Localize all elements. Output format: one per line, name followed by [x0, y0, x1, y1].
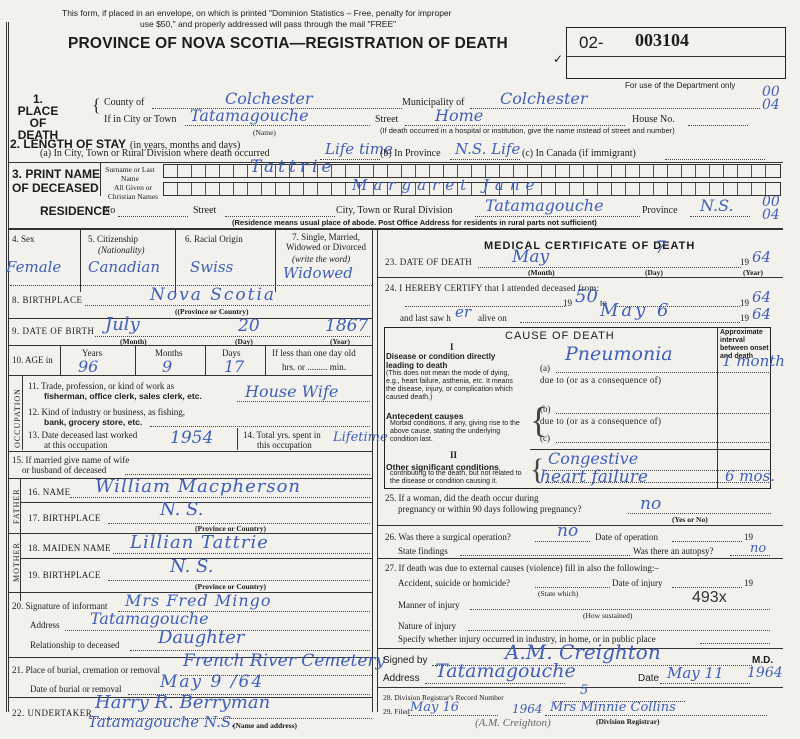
divider: [8, 162, 783, 163]
place-of-death-label-text: 1. PLACE OF DEATH: [12, 93, 64, 141]
last-saw-value: May 6: [600, 300, 672, 321]
q23-month: May: [512, 247, 549, 267]
city-town-value: Tatamagouche: [190, 106, 309, 125]
registration-number-box: 02- 003104: [566, 27, 786, 79]
alive-on-label: alive on: [478, 313, 507, 323]
specify-line: [700, 643, 770, 644]
birthplace-value: Nova Scotia: [150, 285, 276, 305]
residence-no-line: [118, 216, 188, 217]
relationship-label: Relationship to deceased: [30, 640, 119, 650]
accident-line: [535, 587, 610, 588]
q14-label-line2: this occupation: [257, 440, 312, 450]
signer-address-label: Address: [383, 673, 420, 684]
place-of-death-label: 1. PLACE OF DEATH: [12, 93, 64, 141]
cause-a-interval: 1 month: [722, 352, 785, 370]
q13-value: 1954: [170, 428, 213, 448]
divider: [60, 345, 61, 375]
citizenship-label: 5. Citizenship: [88, 234, 138, 244]
last-saw-year: 64: [752, 305, 771, 323]
due-to-b: due to (or as a consequence of): [540, 416, 661, 426]
registration-number: 003104: [635, 30, 689, 51]
registrar-caption: (Division Registrar): [596, 717, 660, 726]
residence-city-line: [475, 216, 640, 217]
registrar-line: [545, 715, 767, 716]
q11-value: House Wife: [245, 382, 338, 401]
cause-c-line: [556, 442, 771, 443]
q24-from-line: [405, 306, 565, 307]
manner-line: [470, 609, 770, 610]
dob-day: 20: [238, 316, 260, 336]
racial-origin-value: Swiss: [190, 258, 233, 276]
age-less-than-day-label: If less than one day old: [272, 348, 356, 358]
q23-line: [478, 267, 741, 268]
q19-caption: (Province or Country): [195, 582, 266, 591]
dob-month: July: [105, 314, 140, 335]
divider: [237, 428, 238, 450]
q24-from-value: 50: [575, 286, 598, 307]
injury-year-prefix: 19: [744, 578, 753, 588]
mail-notice-line2: use $50," and properly addressed will pa…: [140, 19, 396, 29]
relationship-value: Daughter: [158, 627, 244, 648]
print-name-label: 3. PRINT NAME OF DECEASED: [12, 167, 102, 195]
citizenship-value: Canadian: [88, 258, 160, 276]
q19-label: 19. BIRTHPLACE: [28, 570, 101, 580]
city-town-label: If in City or Town: [104, 114, 176, 125]
divider: [265, 345, 266, 375]
divider: [377, 525, 783, 526]
q18-value: Lillian Tattrie: [130, 532, 269, 553]
findings-line: [460, 555, 630, 556]
stay-province-line: [450, 159, 520, 160]
signed-date-value: May 11: [667, 664, 724, 682]
stay-province-label: (b) In Province: [380, 148, 441, 159]
last-saw-pronoun: er: [455, 303, 471, 321]
q22-caption: (Name and address): [233, 721, 297, 730]
q25-label-line1: 25. If a woman, did the death occur duri…: [385, 493, 538, 503]
other-value-1: Congestive: [548, 449, 638, 468]
antecedent-note: Morbid conditions, if any, giving rise t…: [390, 420, 520, 444]
q16-label: 16. NAME: [28, 487, 70, 497]
stay-canada-line: [665, 159, 765, 160]
divider: [8, 345, 372, 346]
signed-date-year: 1964: [747, 665, 783, 681]
city-line: [185, 125, 370, 126]
q15-label-line1: 15. If married give name of wife: [12, 455, 129, 465]
divider: [205, 345, 206, 375]
name-caption: (Name): [253, 128, 276, 137]
q24-from-prefix: 19: [563, 298, 572, 308]
age-months-value: 9: [162, 357, 172, 376]
autopsy-value: no: [750, 541, 766, 556]
q21-value: French River Cemetery: [183, 651, 385, 671]
q12-line: [150, 426, 370, 427]
divider: [275, 230, 276, 292]
q14-value: Lifetime: [333, 430, 388, 445]
state-which-caption: (State which): [538, 589, 578, 598]
dob-year: 1867: [325, 316, 368, 336]
autopsy-label: Was there an autopsy?: [633, 546, 714, 556]
pencil-note: (A.M. Creighton): [475, 717, 551, 729]
q25-value: no: [640, 494, 661, 514]
residence-street-line: [225, 216, 335, 217]
residence-no-label: No: [103, 205, 115, 216]
column-divider-inner: [377, 230, 378, 712]
death-registration-form: This form, if placed in an envelope, on …: [0, 0, 800, 739]
q29-value: May 16: [410, 700, 459, 715]
age-label: 10. AGE in: [12, 355, 53, 365]
birthplace-label: 8. BIRTHPLACE: [12, 295, 82, 305]
nature-line: [468, 630, 770, 631]
signer-address-value: Tatamagouche: [435, 660, 576, 682]
divider: [80, 230, 81, 292]
divider: [8, 451, 372, 452]
last-saw-year-prefix: 19: [740, 313, 749, 323]
divider: [20, 533, 21, 601]
part-two-label: II: [450, 450, 457, 460]
q25-label-line2: pregnancy or within 90 days following pr…: [398, 504, 581, 514]
age-days-value: 17: [224, 357, 244, 376]
birthplace-line: [85, 305, 370, 306]
department-only-note: For use of the Department only: [625, 81, 735, 90]
q19-value: N. S.: [170, 556, 213, 577]
q16-line: [70, 497, 370, 498]
operation-date-line: [672, 541, 742, 542]
injury-date-label: Date of injury: [612, 578, 662, 588]
q23-label: 23. DATE OF DEATH: [385, 257, 472, 267]
street-value: Home: [435, 106, 483, 125]
municipality-line: [470, 108, 760, 109]
q15-line: [125, 474, 370, 475]
interval-column-divider: [717, 328, 718, 488]
how-sustained-caption: (How sustained): [583, 611, 632, 620]
other-interval: 6 mos.: [725, 467, 775, 485]
q29-label: 29. Filed: [383, 707, 410, 716]
q29-year: 1964: [512, 702, 543, 716]
informant-address-label: Address: [30, 620, 60, 630]
cause-b-line: [556, 413, 771, 414]
q17-value: N. S.: [160, 499, 203, 520]
q11-label-line2: fisherman, office clerk, sales clerk, et…: [44, 391, 202, 401]
cause-c-label: (c): [540, 433, 550, 443]
house-no-line: [688, 125, 748, 126]
racial-origin-label: 6. Racial Origin: [185, 234, 243, 244]
mail-notice-line1: This form, if placed in an envelope, on …: [62, 8, 451, 18]
q13-label-line2: at this occupation: [44, 440, 107, 450]
nature-label: Nature of injury: [398, 621, 456, 631]
q28-value: 5: [580, 683, 588, 698]
q22-address: Tatamagouche N.S.: [88, 713, 235, 731]
form-left-border: [6, 22, 7, 712]
signed-date-line: [660, 683, 750, 684]
residence-city-label: City, Town or Rural Division: [336, 205, 453, 216]
given-names-value: Margaret Jane: [352, 176, 540, 194]
marital-status-value: Widowed: [283, 264, 353, 282]
q12-label-line1: 12. Kind of industry or business, as fis…: [28, 407, 185, 417]
informant-address-value: Tatamagouche: [90, 609, 209, 628]
surname-value: Tattrie: [250, 157, 335, 177]
cause-a-label: (a): [540, 363, 550, 373]
date-of-birth-label: 9. DATE OF BIRTH: [12, 326, 94, 336]
q18-label: 18. MAIDEN NAME: [28, 543, 111, 553]
form-left-border-inner: [8, 22, 9, 712]
signed-date-label: Date: [638, 673, 659, 684]
due-to-a: due to (or as a consequence of): [540, 375, 661, 385]
q23-month-caption: (Month): [528, 268, 555, 277]
burial-date-value: May 9 /64: [160, 672, 264, 692]
check-mark-icon: ✓: [553, 52, 563, 67]
column-divider: [372, 230, 373, 712]
q21-label: 21. Place of burial, cremation or remova…: [12, 665, 160, 675]
operation-date-label: Date of operation: [595, 532, 658, 542]
hospital-note: (If death occurred in a hospital or inst…: [380, 126, 675, 135]
divider: [377, 277, 783, 278]
registrar-value: Mrs Minnie Collins: [550, 700, 676, 715]
marital-status-sub: (write the word): [292, 254, 350, 264]
divider: [8, 318, 372, 319]
sex-value: Female: [6, 258, 61, 276]
county-label: County of: [104, 97, 144, 108]
q12-label-line2: bank, grocery store, etc.: [44, 417, 142, 427]
q16-value: William Macpherson: [95, 476, 301, 497]
residence-label: RESIDENCE: [40, 205, 110, 217]
stay-province-value: N.S. Life: [455, 140, 520, 158]
q26-value: no: [557, 521, 578, 541]
q15-label-line2: or husband of deceased: [22, 465, 106, 475]
stamp-code: 493x: [692, 589, 727, 607]
q11-line: [237, 401, 370, 402]
q23-year-caption: (Year): [743, 268, 763, 277]
cause-of-death-title: CAUSE OF DEATH: [505, 330, 615, 342]
q13-label-line1: 13. Date deceased last worked: [28, 430, 137, 440]
q17-label: 17. BIRTHPLACE: [28, 513, 101, 523]
signer-address-line: [425, 683, 565, 684]
occupation-side-label: OCCUPATION: [13, 388, 22, 448]
q19-line: [108, 580, 370, 581]
injury-date-line: [672, 587, 742, 588]
q23-year-prefix: 19: [740, 257, 749, 267]
residence-city-value: Tatamagouche: [485, 196, 604, 215]
manner-label: Manner of injury: [398, 600, 459, 610]
divider: [175, 230, 176, 292]
cause-b-label: (b): [540, 404, 551, 414]
disease-label: Disease or condition directly leading to…: [386, 352, 516, 370]
stay-canada-label: (c) In Canada (if immigrant): [522, 148, 636, 159]
residence-province-value: N.S.: [700, 196, 734, 215]
sex-label: 4. Sex: [12, 234, 35, 244]
residence-street-label: Street: [193, 205, 216, 216]
q22-label: 22. UNDERTAKER: [12, 708, 92, 718]
residence-province-line: [690, 216, 750, 217]
divider: [22, 375, 23, 450]
q26-label: 26. Was there a surgical operation?: [385, 532, 511, 542]
age-hrs-min-label: hrs. or ......... min.: [282, 362, 346, 372]
surname-label: Surname or Last Name: [104, 165, 156, 183]
q24-to-year: 64: [752, 288, 771, 306]
department-code-1: 00 04: [762, 86, 780, 112]
q22-value: Harry R. Berryman: [95, 692, 270, 713]
part-one-label: I: [450, 342, 454, 352]
q11-label-line1: 11. Trade, profession, or kind of work a…: [28, 381, 174, 391]
registration-prefix: 02-: [579, 33, 604, 53]
citizenship-sub: (Nationality): [98, 245, 145, 255]
q24-label: 24. I HEREBY CERTIFY that I attended dec…: [385, 283, 599, 293]
disease-note: (This does not mean the mode of dying, e…: [386, 370, 516, 402]
accident-label: Accident, suicide or homicide?: [398, 578, 510, 588]
residence-province-label: Province: [642, 205, 678, 216]
given-names-label: All Given or Christian Names: [104, 183, 162, 201]
divider: [377, 558, 783, 559]
divider: [8, 375, 372, 376]
q23-year: 64: [752, 248, 771, 266]
last-saw-line: [520, 322, 740, 323]
other-conditions-note: contributing to the death, but not relat…: [390, 470, 525, 486]
findings-label: State findings: [398, 546, 448, 556]
form-title: PROVINCE OF NOVA SCOTIA—REGISTRATION OF …: [68, 35, 508, 53]
other-value-2: heart failure: [540, 467, 648, 487]
brace-icon: {: [92, 96, 101, 114]
q27-label: 27. If death was due to external causes …: [385, 563, 659, 573]
divider: [100, 162, 101, 196]
cause-a-line: [556, 372, 771, 373]
q20-value: Mrs Fred Mingo: [125, 591, 272, 610]
divider: [135, 345, 136, 375]
q14-label-line1: 14. Total yrs. spent in: [243, 430, 321, 440]
last-saw-label: and last saw h: [400, 313, 451, 323]
q23-day: 7: [655, 238, 666, 258]
stay-city-label: (a) In City, Town or Rural Division wher…: [40, 148, 270, 159]
age-years-value: 96: [78, 357, 98, 376]
yes-no-caption: (Yes or No): [672, 515, 708, 524]
marital-status-label: 7. Single, Married, Widowed or Divorced: [280, 232, 372, 252]
street-label: Street: [375, 114, 398, 125]
residence-note: (Residence means usual place of abode. P…: [232, 218, 597, 227]
divider: [8, 228, 783, 230]
house-no-label: House No.: [632, 114, 675, 125]
q26-line: [535, 541, 590, 542]
q24-to-prefix: 19: [740, 298, 749, 308]
q29-line: [408, 715, 498, 716]
q18-line: [113, 553, 370, 554]
signed-by-label: Signed by: [383, 655, 427, 666]
cause-a-value: Pneumonia: [565, 343, 673, 365]
municipality-value: Colchester: [500, 89, 587, 108]
department-code-2: 00 04: [762, 196, 780, 222]
q23-day-caption: (Day): [645, 268, 663, 277]
birthplace-caption: ((Province or Country): [175, 307, 248, 316]
